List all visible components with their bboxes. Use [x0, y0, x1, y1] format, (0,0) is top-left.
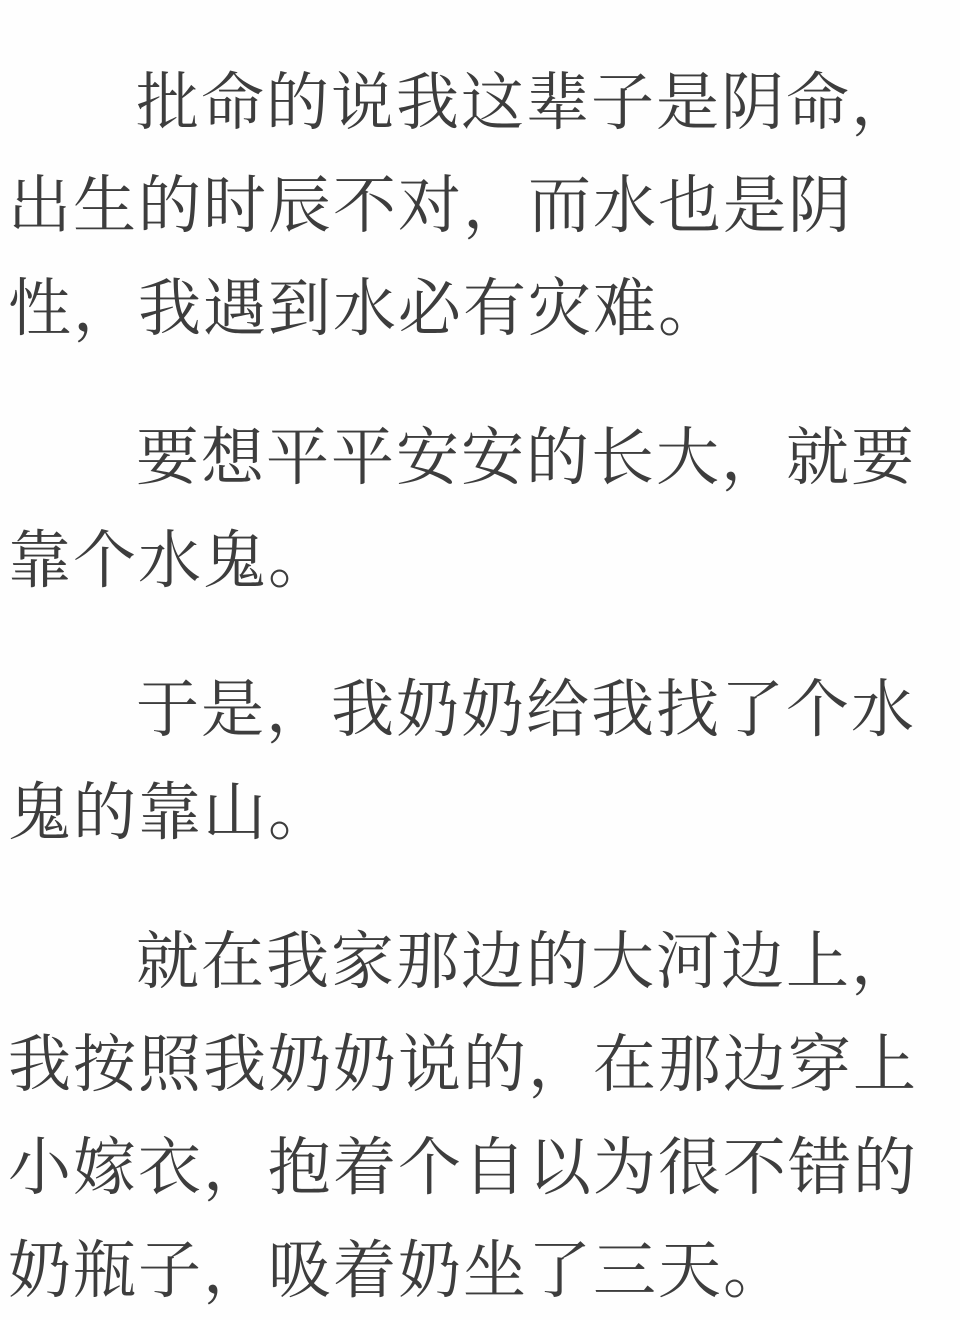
text-line: 出生的时辰不对，而水也是阴: [8, 155, 932, 258]
text-line: 靠个水鬼。: [8, 510, 932, 613]
text-line: 于是，我奶奶给我找了个水: [8, 659, 932, 762]
paragraph-1: 批命的说我这辈子是阴命， 出生的时辰不对，而水也是阴 性，我遇到水必有灾难。: [8, 52, 932, 361]
text-line: 就在我家那边的大河边上，: [8, 911, 932, 1014]
paragraph-2: 要想平平安安的长大，就要 靠个水鬼。: [8, 407, 932, 613]
text-line: 我按照我奶奶说的，在那边穿上: [8, 1014, 932, 1117]
text-line: 奶瓶子，吸着奶坐了三天。: [8, 1220, 932, 1320]
text-line: 性，我遇到水必有灾难。: [8, 258, 932, 361]
paragraph-3: 于是，我奶奶给我找了个水 鬼的靠山。: [8, 659, 932, 865]
text-line: 要想平平安安的长大，就要: [8, 407, 932, 510]
text-line: 小嫁衣，抱着个自以为很不错的: [8, 1117, 932, 1220]
text-line: 鬼的靠山。: [8, 762, 932, 865]
text-line: 批命的说我这辈子是阴命，: [8, 52, 932, 155]
reader-page: 批命的说我这辈子是阴命， 出生的时辰不对，而水也是阴 性，我遇到水必有灾难。 要…: [0, 0, 960, 1320]
paragraph-4: 就在我家那边的大河边上， 我按照我奶奶说的，在那边穿上 小嫁衣，抱着个自以为很不…: [8, 911, 932, 1320]
